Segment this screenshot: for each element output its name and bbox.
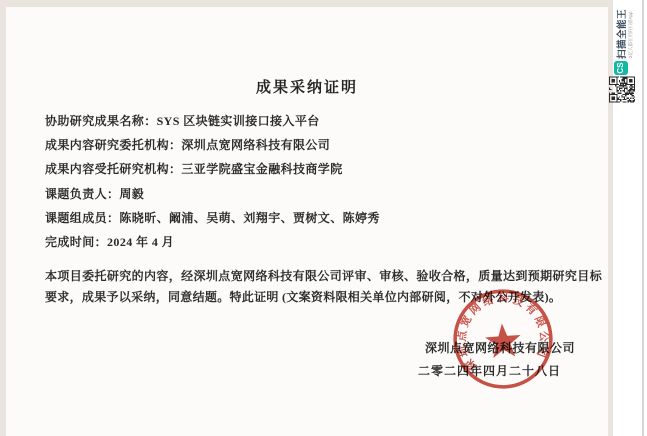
field-label: 课题组成员：	[45, 211, 119, 225]
field-value: 深圳点宽网络科技有限公司	[181, 138, 330, 152]
field-value: 陈晓昕、阚浦、吴萌、刘翔宇、贾树文、陈婷秀	[119, 211, 379, 225]
camscanner-watermark: CS 扫描全能王 3亿人都在用的扫描App	[613, 13, 633, 75]
camscanner-logo-icon: CS	[614, 61, 628, 75]
field-label: 协助研究成果名称：	[45, 114, 157, 128]
field-label: 成果内容研究委托机构：	[45, 138, 181, 152]
field-label: 成果内容受托研究机构：	[45, 162, 181, 176]
watermark-rotated-block: CS 扫描全能王 3亿人都在用的扫描App	[613, 13, 633, 75]
field-entrusted-org: 成果内容受托研究机构：三亚学院盛宝金融科技商学院	[45, 157, 598, 181]
field-team-members: 课题组成员：陈晓昕、阚浦、吴萌、刘翔宇、贾树文、陈婷秀	[45, 206, 598, 230]
field-label: 课题负责人：	[45, 187, 119, 201]
field-value: SYS 区块链实训接口接入平台	[157, 114, 320, 128]
watermark-app-name: 扫描全能王	[614, 9, 628, 59]
page-edge-line	[642, 0, 644, 436]
field-value: 2024 年 4 月	[107, 235, 174, 249]
field-commissioning-org: 成果内容研究委托机构：深圳点宽网络科技有限公司	[45, 133, 598, 157]
company-seal: 深圳点宽网络科技有限公司	[447, 283, 558, 396]
document-page: 成果采纳证明 协助研究成果名称：SYS 区块链实训接口接入平台 成果内容研究委托…	[6, 7, 608, 436]
field-result-name: 协助研究成果名称：SYS 区块链实训接口接入平台	[45, 109, 598, 133]
field-project-leader: 课题负责人：周毅	[45, 182, 598, 206]
field-completion-date: 完成时间：2024 年 4 月	[45, 230, 598, 254]
field-value: 周毅	[119, 187, 144, 201]
fields-block: 协助研究成果名称：SYS 区块链实训接口接入平台 成果内容研究委托机构：深圳点宽…	[45, 109, 598, 254]
field-value: 三亚学院盛宝金融科技商学院	[181, 162, 342, 176]
qr-code	[609, 76, 635, 103]
field-label: 完成时间：	[45, 235, 107, 249]
document-title: 成果采纳证明	[6, 76, 608, 97]
seal-star-icon	[484, 322, 522, 358]
watermark-tagline: 3亿人都在用的扫描App	[628, 13, 633, 58]
